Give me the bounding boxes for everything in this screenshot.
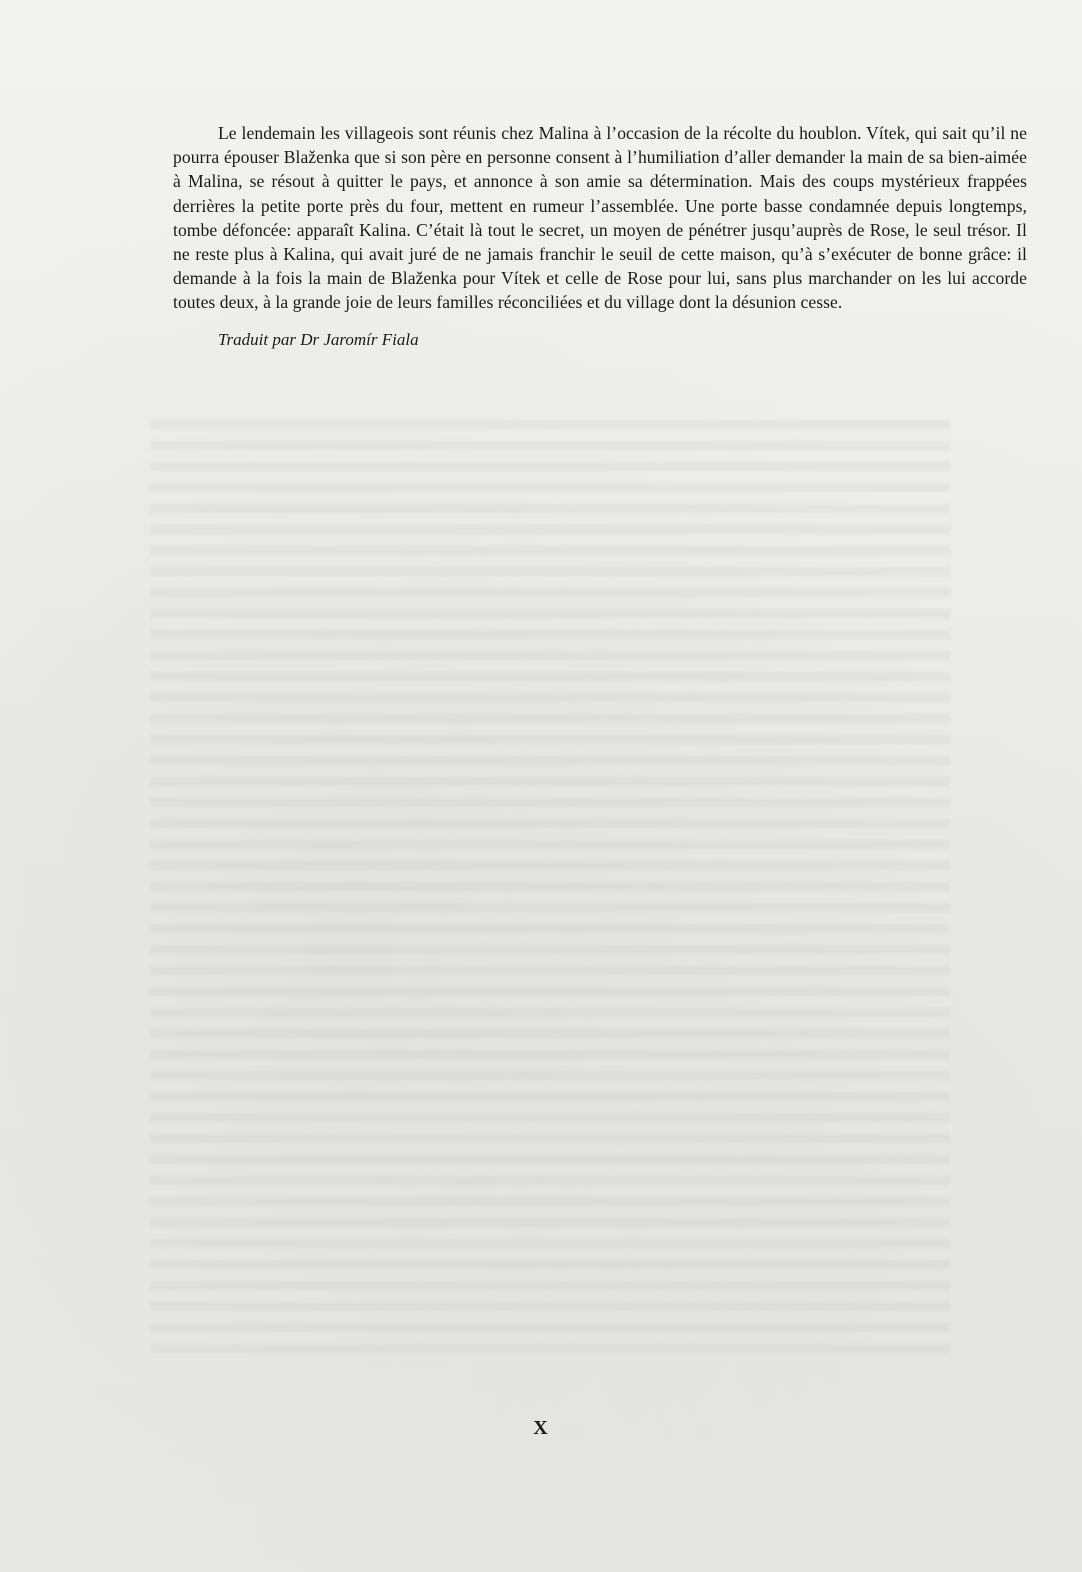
show-through-text [150, 420, 950, 1360]
page-body: Le lendemain les villageois sont réunis … [173, 121, 1027, 352]
body-paragraph: Le lendemain les villageois sont réunis … [173, 121, 1027, 315]
page-number: X [0, 1417, 1082, 1440]
translator-credit: Traduit par Dr Jaromír Fiala [218, 328, 1027, 352]
